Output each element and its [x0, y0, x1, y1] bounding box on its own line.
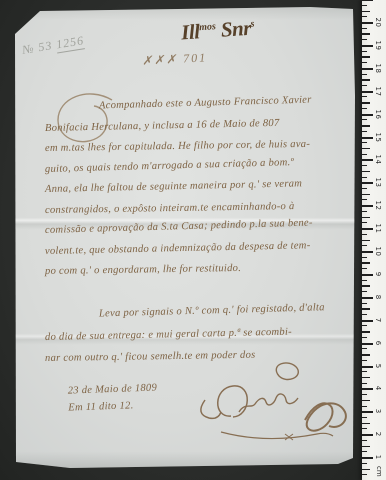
ruler-number: 10 — [374, 247, 382, 257]
ruler-tick — [362, 428, 367, 429]
ruler-tick — [362, 228, 373, 230]
letter-line: po com q.' o engordaram, lhe for restitu… — [45, 257, 347, 282]
ruler-tick — [362, 451, 367, 452]
ruler-tick — [362, 348, 367, 349]
ruler-tick — [362, 434, 373, 436]
ruler-tick — [362, 159, 373, 161]
salutation-abbr: Ill — [180, 19, 200, 44]
ruler-unit-label: cm — [375, 466, 383, 477]
ruler-tick — [362, 280, 367, 281]
ruler-tick — [362, 446, 370, 448]
ruler-number: 17 — [374, 86, 382, 96]
date-block: 23 de Maio de 1809 Em 11 dito 12. — [67, 379, 158, 416]
ruler-tick — [362, 337, 367, 338]
salutation-abbr-sup: mos — [199, 21, 216, 33]
ruler-tick — [362, 79, 370, 81]
ruler-number: 15 — [374, 132, 382, 142]
ruler-tick — [362, 28, 367, 29]
letter-paragraph-1: Acompanhado este o Augusto Francisco Xav… — [45, 98, 347, 283]
ruler-tick — [362, 0, 373, 1]
ruler-number: 11 — [374, 224, 382, 234]
date-line-2: Em 11 dito 12. — [68, 396, 158, 416]
ruler-tick — [362, 62, 367, 63]
ruler-number: 5 — [374, 363, 382, 368]
salutation-title-sup: s — [250, 18, 255, 29]
ruler-tick — [362, 388, 373, 390]
ruler-tick — [362, 205, 373, 207]
ruler-tick — [362, 331, 370, 333]
ruler-tick — [362, 371, 367, 372]
ruler-tick — [362, 91, 373, 93]
ruler-tick — [362, 188, 367, 189]
ruler-tick — [362, 417, 367, 418]
ruler-tick — [362, 291, 367, 292]
crossed-out-number: ✗✗✗ 701 — [142, 50, 208, 68]
ruler-tick — [362, 96, 367, 97]
ruler-number: 14 — [374, 155, 382, 165]
ruler-tick — [362, 262, 370, 264]
ruler-number: 6 — [374, 340, 382, 345]
ruler-tick — [362, 240, 370, 242]
ruler-tick — [362, 268, 367, 269]
ruler-tick — [362, 377, 370, 379]
ruler-number: 8 — [374, 295, 382, 300]
ruler: cm 2019181716151413121110987654321 — [362, 0, 386, 480]
ruler-number: 7 — [374, 317, 382, 322]
ruler-number: 3 — [374, 409, 382, 414]
ruler-number: 19 — [374, 40, 382, 50]
ruler-tick — [362, 394, 367, 395]
signature-flourish — [193, 350, 358, 445]
ruler-tick — [362, 154, 367, 155]
ruler-tick — [362, 234, 367, 235]
ruler-tick — [362, 314, 367, 315]
archival-pencil-number: № 53 1256 — [21, 33, 85, 58]
ruler-tick — [362, 423, 370, 425]
ruler-number: 2 — [374, 432, 382, 437]
pencil-number: 1256 — [55, 33, 85, 53]
ruler-tick — [362, 137, 373, 139]
ruler-tick — [362, 5, 367, 6]
ruler-tick — [362, 56, 370, 58]
ruler-tick — [362, 68, 373, 70]
ruler-tick — [362, 171, 370, 173]
ruler-tick — [362, 45, 373, 47]
ruler-tick — [362, 245, 367, 246]
ruler-number: 12 — [374, 201, 382, 211]
ruler-tick — [362, 85, 367, 86]
ruler-tick — [362, 11, 370, 13]
ruler-tick — [362, 102, 370, 104]
ruler-tick — [362, 303, 367, 304]
ruler-tick — [362, 74, 367, 75]
ruler-tick — [362, 114, 373, 116]
ruler-tick — [362, 457, 373, 459]
ruler-tick — [362, 469, 370, 471]
ruler-tick — [362, 211, 367, 212]
ruler-number: 16 — [374, 109, 382, 119]
ruler-number: 13 — [374, 178, 382, 188]
ruler-tick — [362, 33, 370, 35]
ruler-tick — [362, 285, 370, 287]
ruler-tick — [362, 406, 367, 407]
ruler-tick — [362, 108, 367, 109]
ruler-tick — [362, 119, 367, 120]
ruler-tick — [362, 177, 367, 178]
ruler-tick — [362, 194, 370, 196]
date-line: 23 de Maio de 1809 — [67, 379, 157, 399]
ruler-tick — [362, 199, 367, 200]
ruler-tick — [362, 400, 370, 402]
ruler-tick — [362, 360, 367, 361]
pencil-prefix: № 53 — [21, 38, 53, 57]
ruler-tick — [362, 22, 373, 24]
ruler-tick — [362, 366, 373, 368]
ruler-tick — [362, 125, 370, 127]
ruler-tick — [362, 39, 367, 40]
ruler-number: 4 — [374, 386, 382, 391]
ruler-tick — [362, 148, 370, 150]
ruler-tick — [362, 222, 367, 223]
ruler-tick — [362, 142, 367, 143]
ruler-number: 20 — [374, 18, 382, 28]
ruler-tick — [362, 182, 373, 184]
ruler-tick — [362, 320, 373, 322]
ruler-tick — [362, 217, 370, 219]
ruler-tick — [362, 463, 367, 464]
ruler-tick — [362, 354, 370, 356]
salutation: Illmos Snrs — [137, 12, 298, 48]
ruler-tick — [362, 165, 367, 166]
ruler-tick — [362, 251, 373, 253]
ruler-tick — [362, 383, 367, 384]
ruler-tick — [362, 343, 373, 345]
ruler-tick — [362, 308, 370, 310]
ruler-tick — [362, 274, 373, 276]
ruler-tick — [362, 297, 373, 299]
ruler-tick — [362, 411, 373, 413]
ruler-tick — [362, 325, 367, 326]
ruler-tick — [362, 51, 367, 52]
ruler-tick — [362, 440, 367, 441]
ruler-number: 1 — [374, 455, 382, 460]
ruler-tick — [362, 257, 367, 258]
letter-paper: № 53 1256 Illmos Snrs ✗✗✗ 701 Acompanhad… — [10, 6, 355, 470]
photo-background: № 53 1256 Illmos Snrs ✗✗✗ 701 Acompanhad… — [0, 0, 386, 480]
ruler-tick — [362, 16, 367, 17]
ruler-number: 18 — [374, 63, 382, 73]
ruler-tick — [362, 131, 367, 132]
salutation-title: Snr — [215, 16, 251, 42]
ruler-tick — [362, 474, 367, 475]
ruler-number: 9 — [374, 272, 382, 277]
